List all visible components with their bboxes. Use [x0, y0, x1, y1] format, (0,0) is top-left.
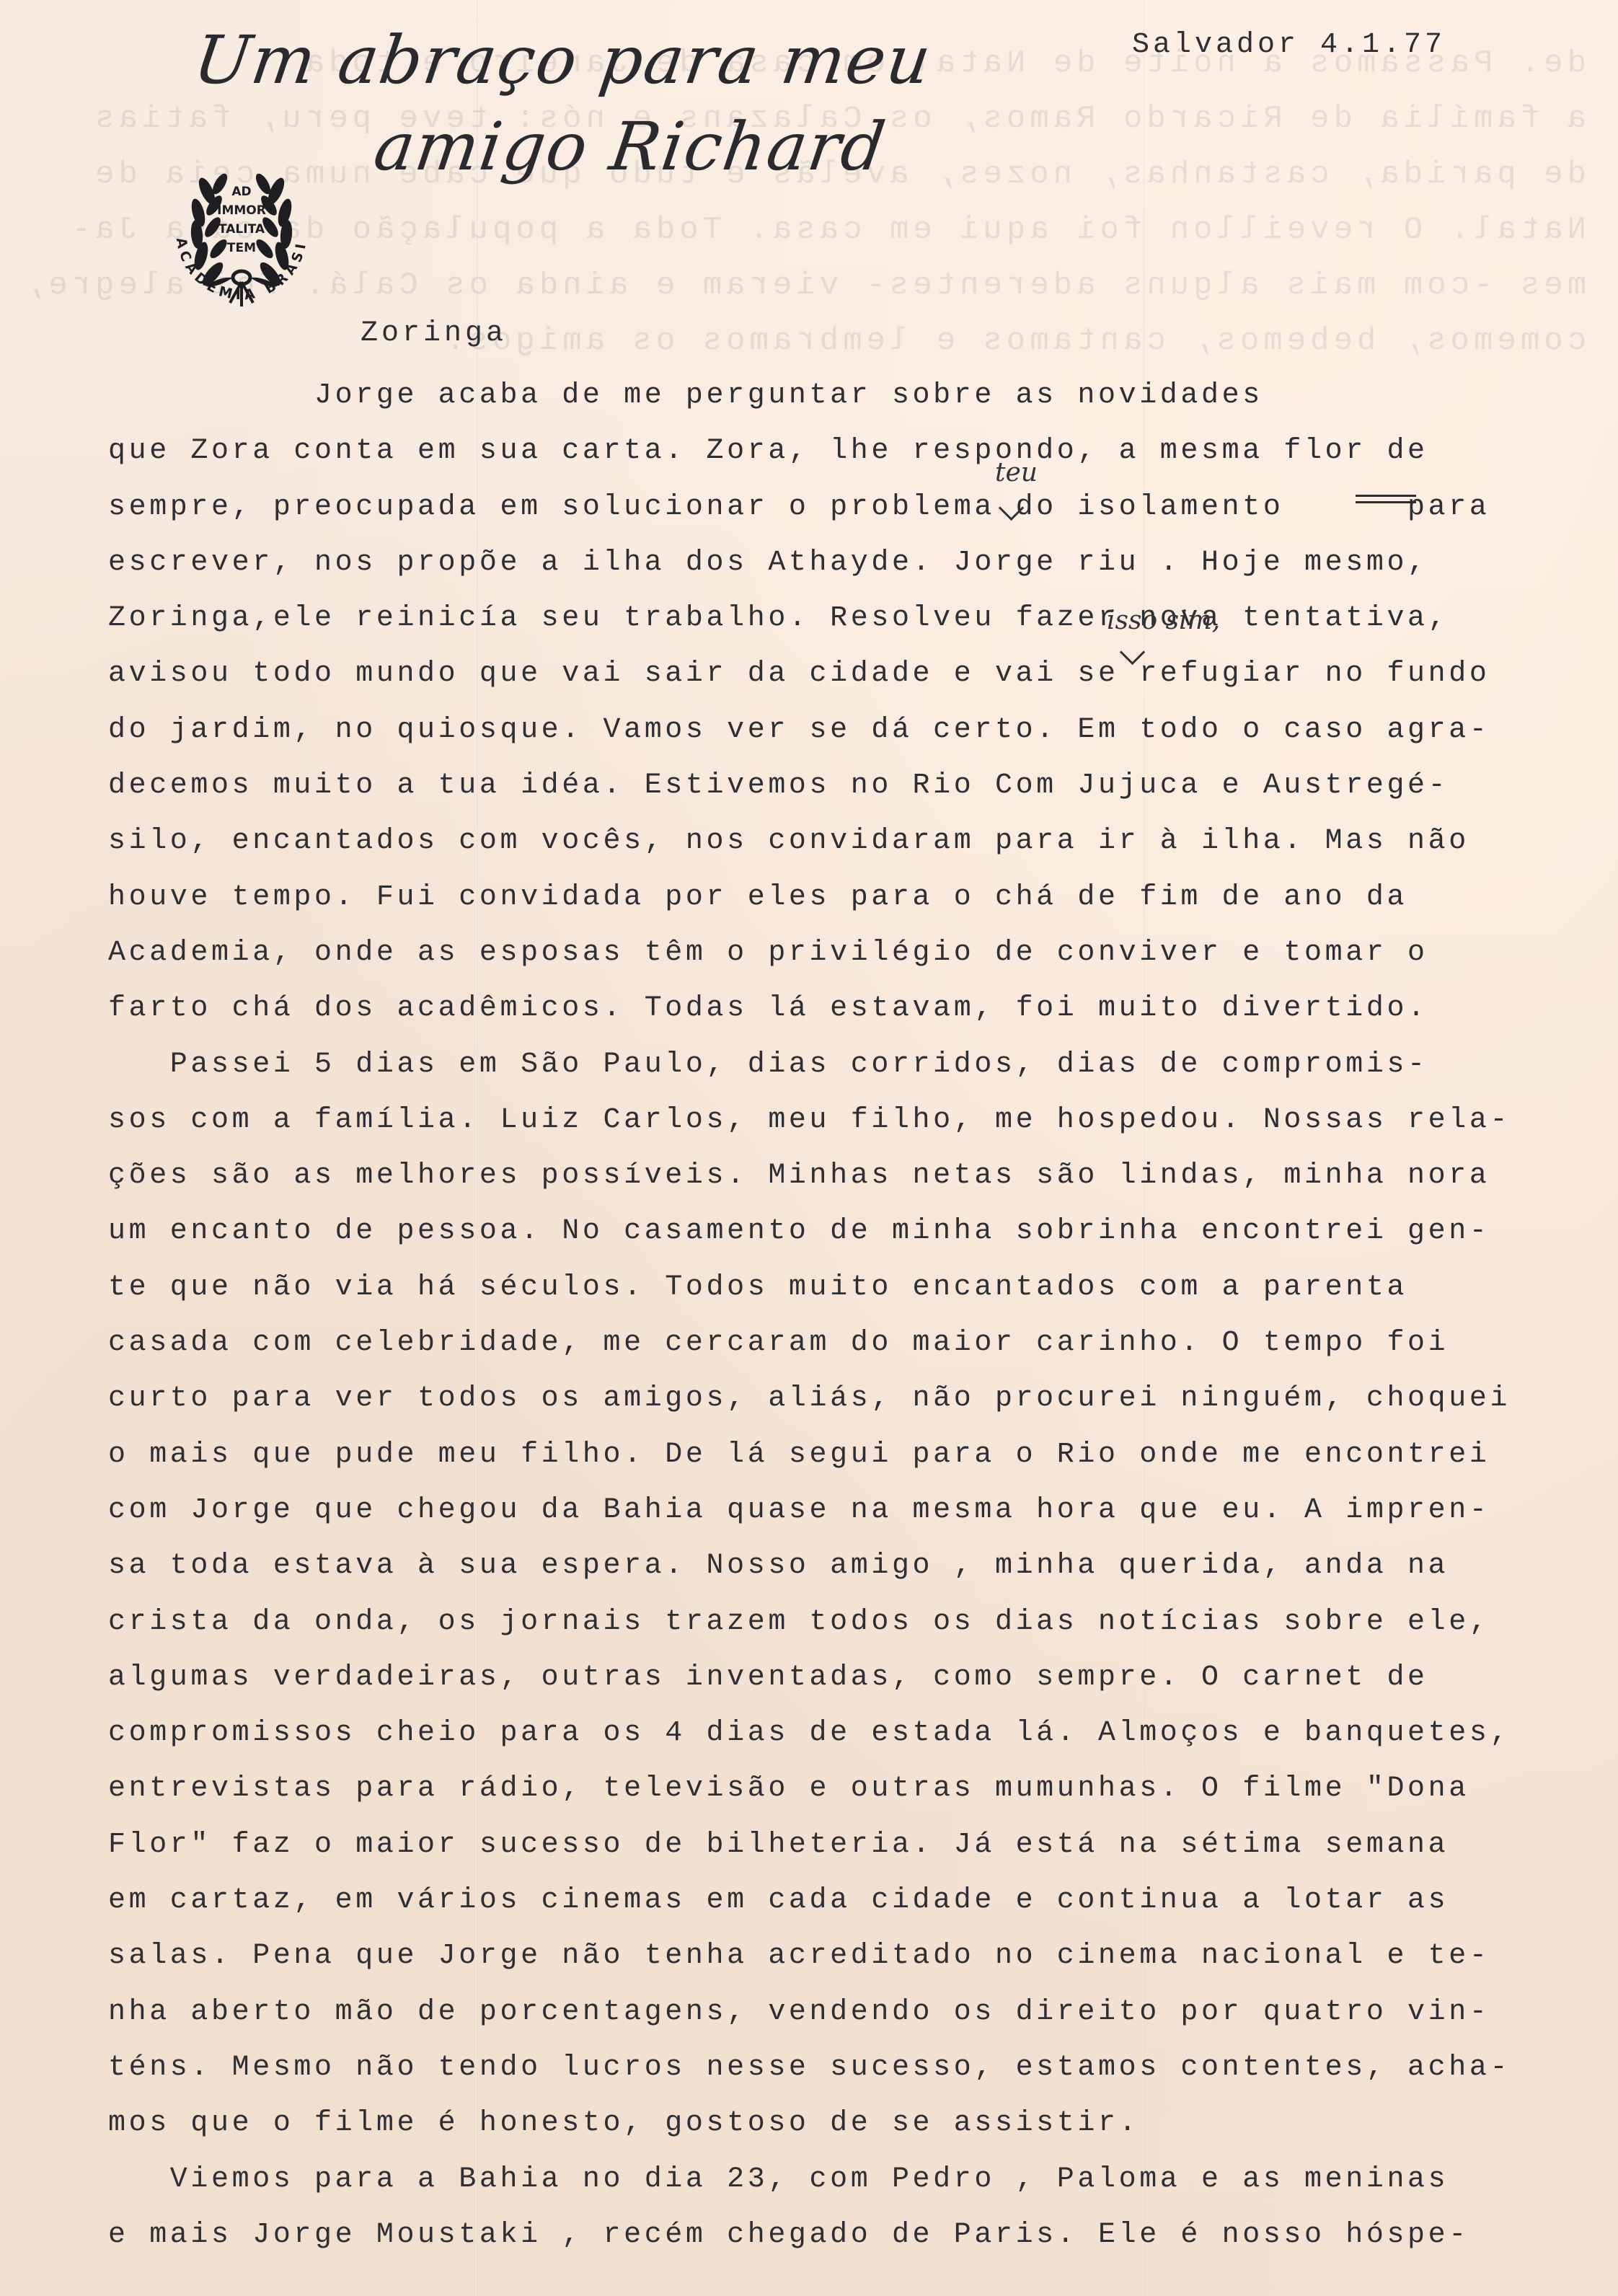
handwritten-insertion: teu — [995, 458, 1038, 487]
letter-line: com Jorge que chegou da Bahia quase na m… — [108, 1483, 1550, 1538]
letter-date: Salvador 4.1.77 — [1132, 29, 1446, 61]
letter-line: Flor" faz o maior sucesso de bilheteria.… — [108, 1817, 1550, 1873]
letter-line: sa toda estava à sua espera. Nosso amigo… — [108, 1538, 1550, 1594]
letter-line: téns. Mesmo não tendo lucros nesse suces… — [108, 2040, 1550, 2096]
letter-line: compromissos cheio para os 4 dias de est… — [108, 1705, 1550, 1761]
svg-text:AD: AD — [231, 185, 251, 199]
letter-line: sos com a família. Luiz Carlos, meu filh… — [108, 1092, 1550, 1148]
letter-line: farto chá dos acadêmicos. Todas lá estav… — [108, 981, 1550, 1036]
letter-line: do jardim, no quiosque. Vamos ver se dá … — [108, 702, 1550, 758]
letter-line: ções são as melhores possíveis. Minhas n… — [108, 1148, 1550, 1204]
letter-line: o mais que pude meu filho. De lá segui p… — [108, 1427, 1550, 1483]
handwritten-dedication-line2: amigo Richard — [369, 108, 890, 185]
letter-line: curto para ver todos os amigos, aliás, n… — [108, 1371, 1550, 1426]
letter-line: sempre, preocupada em solucionar o probl… — [108, 480, 1550, 535]
handwritten-insertion: isso sim, — [1107, 606, 1220, 635]
svg-text:TALITA: TALITA — [218, 222, 265, 237]
letter-line: mos que o filme é honesto, gostoso de se… — [108, 2096, 1550, 2151]
letter-salutation: Zoringa — [361, 317, 507, 350]
letter-line: em cartaz, em vários cinemas em cada cid… — [108, 1873, 1550, 1928]
svg-text:IMMOR: IMMOR — [217, 203, 266, 218]
letter-line: Jorge acaba de me perguntar sobre as nov… — [108, 368, 1550, 423]
svg-text:TEM: TEM — [227, 241, 256, 255]
letter-line: entrevistas para rádio, televisão e outr… — [108, 1761, 1550, 1816]
letter-line: um encanto de pessoa. No casamento de mi… — [108, 1204, 1550, 1259]
letter-line: decemos muito a tua idéa. Estivemos no R… — [108, 758, 1550, 813]
letter-line: nha aberto mão de porcentagens, vendendo… — [108, 1984, 1550, 2040]
letter-line: Viemos para a Bahia no dia 23, com Pedro… — [108, 2152, 1550, 2207]
struck-out-word — [1356, 495, 1416, 503]
letter-line: te que não via há séculos. Todos muito e… — [108, 1260, 1550, 1315]
letter-line: escrever, nos propõe a ilha dos Athayde.… — [108, 535, 1550, 591]
letter-line: algumas verdadeiras, outras inventadas, … — [108, 1650, 1550, 1705]
letter-line: houve tempo. Fui convidada por eles para… — [108, 870, 1550, 925]
letter-line: salas. Pena que Jorge não tenha acredita… — [108, 1928, 1550, 1984]
letter-body: Jorge acaba de me perguntar sobre as nov… — [108, 368, 1550, 2263]
letter-line: e mais Jorge Moustaki , recém chegado de… — [108, 2207, 1550, 2263]
letter-line: silo, encantados com vocês, nos convidar… — [108, 813, 1550, 869]
letter-line: Zoringa,ele reinicía seu trabalho. Resol… — [108, 591, 1550, 646]
letter-line: casada com celebridade, me cercaram do m… — [108, 1315, 1550, 1371]
letter-line: Academia, onde as esposas têm o privilég… — [108, 925, 1550, 981]
letter-line: crista da onda, os jornais trazem todos … — [108, 1594, 1550, 1650]
letter-line: que Zora conta em sua carta. Zora, lhe r… — [108, 423, 1550, 479]
letter-line: Passei 5 dias em São Paulo, dias corrido… — [108, 1037, 1550, 1092]
letter-line: avisou todo mundo que vai sair da cidade… — [108, 646, 1550, 702]
handwritten-dedication-line1: Um abraço para meu — [189, 22, 937, 99]
academia-brasileira-emblem-icon: AD IMMOR TALITA TEM ACADEMIA BRASILEIRA — [155, 148, 328, 321]
